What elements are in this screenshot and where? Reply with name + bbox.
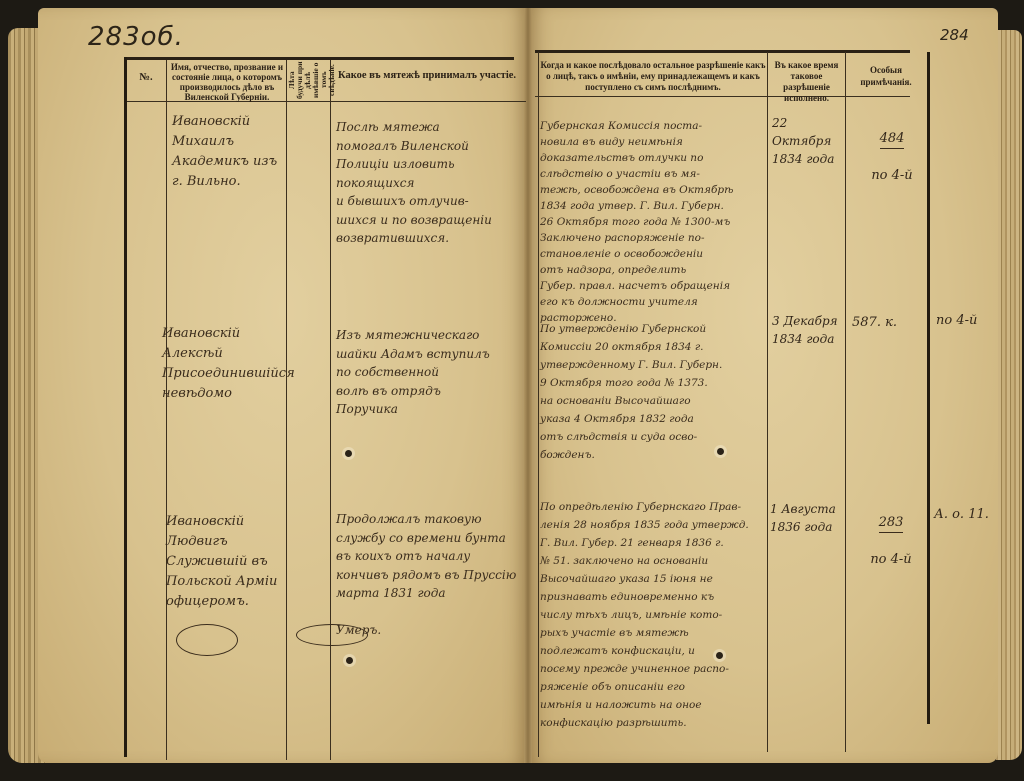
header-years: Лѣта будучи при дѣлѣ имѣвшіе о томъ свѣд… (288, 60, 328, 100)
right-folio-number: 284 (940, 26, 969, 44)
signature-flourish (176, 624, 238, 656)
entry-3-number-value: 283 (879, 514, 904, 533)
header-executed: Въ какое время таковое разрѣшеніе исполн… (768, 60, 845, 104)
col-divider (166, 60, 167, 760)
entry-2-executed-date: 3 Декабря 1834 года (772, 312, 844, 348)
header-top-rule-right (535, 50, 910, 53)
left-folio-number: 283об. (88, 22, 184, 52)
entry-3-name: Ивановскій Людвигъ Служившій въ Польской… (166, 512, 288, 612)
entry-2-notes: по 4-й (936, 312, 996, 330)
entry-2-name: Ивановскій Алексѣй Присоединившійся невѣ… (162, 324, 287, 404)
header-number: №. (126, 72, 166, 84)
entry-1-number-value: 484 (880, 130, 905, 149)
entry-3-participation: Продолжалъ таковую службу со времени бун… (336, 510, 526, 640)
entry-3-resolution: По опредѣленію Губернскаго Прав- ленія 2… (540, 498, 766, 732)
signature-flourish (296, 624, 368, 646)
entry-1-executed-date: 22 Октября 1834 года (772, 114, 844, 168)
header-notes: Особыя примѣчанія. (847, 64, 925, 88)
entry-2-number: 587. к. (852, 314, 926, 332)
entry-1-number-note: по 4-й (871, 168, 912, 183)
right-table-border (927, 52, 930, 724)
header-name: Имя, отчество, прозвание и состояніе лиц… (169, 62, 285, 102)
col-divider (845, 52, 846, 752)
binding-hole (716, 652, 723, 659)
entry-1-resolution: Губернская Комиссія поста- новила въ вид… (540, 118, 766, 326)
binding-hole (717, 448, 724, 455)
page-stack-right (996, 30, 1022, 760)
col-divider (767, 52, 768, 752)
entry-3-executed-date: 1 Августа 1836 года (770, 500, 844, 536)
entry-2-participation: Изъ мятежническаго шайки Адамъ вступилъ … (336, 326, 526, 419)
binding-hole (346, 657, 353, 664)
header-resolution: Когда и какое послѣдовало остальное разр… (540, 60, 766, 93)
entry-1-participation: Послѣ мятежа помогалъ Виленской Полиціи … (336, 118, 526, 248)
entry-3-notes: А. о. 11. (934, 506, 1004, 524)
open-ledger: 283об. 284 №. Имя, отчество, прозвание и… (0, 0, 1024, 781)
col-divider (538, 52, 539, 757)
col-divider (330, 60, 331, 760)
binding-hole (345, 450, 352, 457)
entry-1-number: 484 по 4-й (858, 112, 926, 185)
left-table-border (124, 57, 127, 757)
entry-1-name: Ивановскій Михаилъ Академикъ изъ г. Виль… (172, 112, 287, 192)
entry-3-number: 283 по 4-й (856, 496, 926, 569)
header-participation: Какое въ мятежѣ принималъ участіе. (332, 70, 522, 82)
entry-2-resolution: По утвержденію Губернской Комиссіи 20 ок… (540, 320, 766, 464)
entry-3-number-note: по 4-й (870, 552, 911, 567)
header-bottom-rule-right (535, 96, 910, 97)
